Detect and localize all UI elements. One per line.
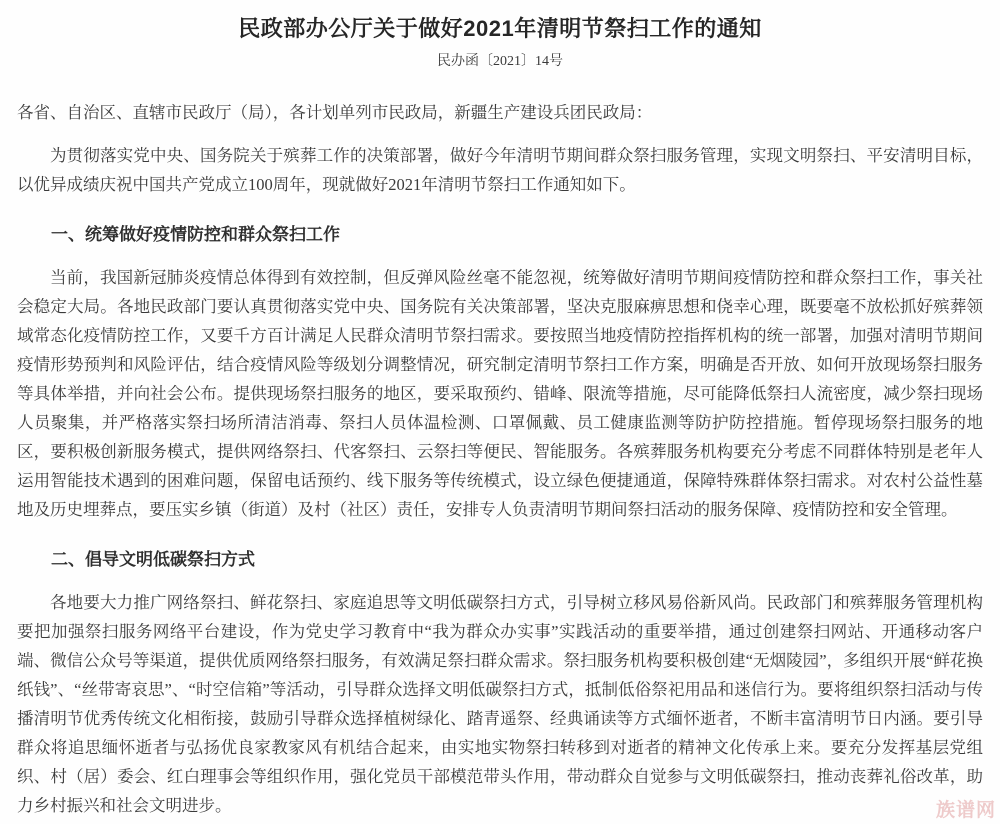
watermark: 族谱网: [936, 795, 996, 822]
document-page: 民政部办公厅关于做好2021年清明节祭扫工作的通知 民办函〔2021〕14号 各…: [0, 0, 1000, 824]
document-number: 民办函〔2021〕14号: [17, 52, 983, 72]
section-1-body: 当前，我国新冠肺炎疫情总体得到有效控制，但反弹风险丝毫不能忽视，统筹做好清明节期…: [17, 263, 983, 524]
salutation: 各省、自治区、直辖市民政厅（局），各计划单列市民政局，新疆生产建设兵团民政局：: [17, 98, 983, 127]
document-title: 民政部办公厅关于做好2021年清明节祭扫工作的通知: [17, 14, 983, 44]
intro-paragraph: 为贯彻落实党中央、国务院关于殡葬工作的决策部署，做好今年清明节期间群众祭扫服务管…: [17, 141, 983, 199]
section-1-heading: 一、统筹做好疫情防控和群众祭扫工作: [17, 223, 983, 247]
section-2-heading: 二、倡导文明低碳祭扫方式: [17, 548, 983, 572]
section-2-body: 各地要大力推广网络祭扫、鲜花祭扫、家庭追思等文明低碳祭扫方式，引导树立移风易俗新…: [17, 588, 983, 820]
